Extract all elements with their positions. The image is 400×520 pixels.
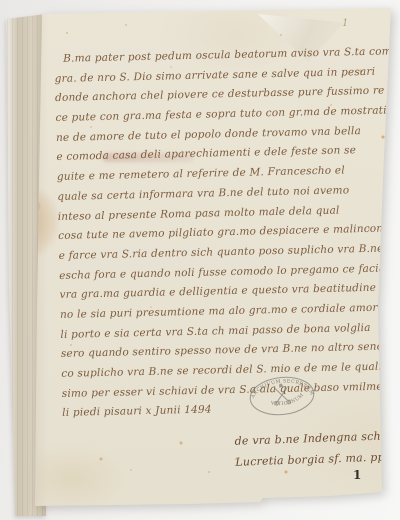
foxing-spots: [30, 6, 32, 8]
manuscript-scan: 1 B.ma pater post pedum oscula beatorum …: [0, 0, 400, 520]
folio-mark: 1: [342, 18, 348, 29]
signature-block: de vra b.ne Indengna schiava Lucretia bo…: [234, 425, 391, 472]
page-number: 1: [353, 468, 361, 482]
manuscript-page: 1 B.ma pater post pedum oscula beatorum …: [30, 6, 396, 512]
signature-line: Lucretia borgia sf. ma. ppa.: [235, 446, 392, 472]
archive-stamp: ARCHIVUM SECRETUM VATICANUM: [244, 368, 321, 423]
letter-body: B.ma pater post pedum oscula beatorum av…: [54, 42, 396, 424]
manuscript-page-wrap: 1 B.ma pater post pedum oscula beatorum …: [30, 6, 396, 512]
stamp-text-top: ARCHIVUM SECRETUM: [248, 375, 315, 403]
